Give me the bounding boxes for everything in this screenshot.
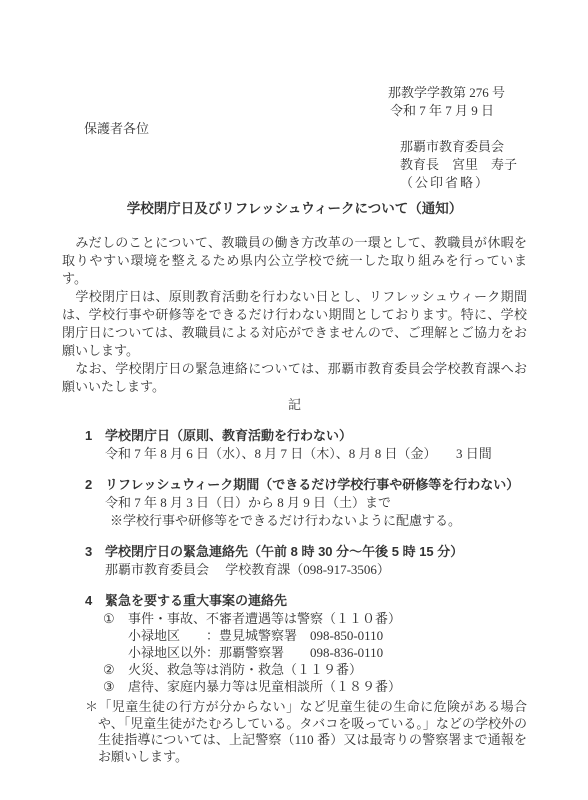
item-text: 火災、救急等は消防・救急（１１９番） xyxy=(128,662,362,677)
section-number: 2 xyxy=(85,476,105,494)
document-page: 那教学学教第 276 号 令和 7 年 7 月 9 日 保護者各位 那覇市教育委… xyxy=(0,0,588,800)
item-text: 事件・事故、不審者遭遇等は警察（１１０番） xyxy=(128,611,401,626)
contact-items: ①事件・事故、不審者遭遇等は警察（１１０番） 小禄地区 ：豊見城警察署 098-… xyxy=(103,610,527,695)
footnote-text: 「児童生徒の行方が分からない」など児童生徒の生命に危険がある場合や、「児童生徒が… xyxy=(98,699,527,764)
section-heading-text: 学校閉庁日（原則、教育活動を行わない） xyxy=(105,428,352,443)
item-marker: ③ xyxy=(103,678,128,695)
section-heading-text: 緊急を要する重大事案の連絡先 xyxy=(105,593,287,608)
contact-item-abuse: ③虐待、家庭内暴力等は児童相談所（１８９番） xyxy=(103,678,527,695)
section-line: 那覇市教育委員会 学校教育課（098-917-3506） xyxy=(105,561,527,579)
body-paragraph: 学校閉庁日は、原則教育活動を行わない日とし、リフレッシュウィーク期間は、学校行事… xyxy=(62,288,527,360)
section-heading: 2リフレッシュウィーク期間（できるだけ学校行事や研修等を行わない） xyxy=(85,476,527,494)
issuer-block: 那覇市教育委員会 教育長 宮里 寿子 （公印省略） xyxy=(400,138,527,192)
section-serious-incidents: 4緊急を要する重大事案の連絡先 ①事件・事故、不審者遭遇等は警察（１１０番） 小… xyxy=(62,592,527,695)
issuer-signer: 教育長 宮里 寿子 xyxy=(400,156,527,174)
section-heading-text: リフレッシュウィーク期間（できるだけ学校行事や研修等を行わない） xyxy=(105,477,519,492)
section-line: 令和 7 年 8 月 6 日（水）、8 月 7 日（木）、8 月 8 日（金） … xyxy=(105,445,527,463)
seal-omitted-note: （公印省略） xyxy=(400,174,527,192)
section-heading-text: 学校閉庁日の緊急連絡先（午前 8 時 30 分～午後 5 時 15 分） xyxy=(105,544,463,559)
section-number: 3 xyxy=(85,543,105,561)
contact-item-oroku-district: 小禄地区 ：豊見城警察署 098-850-0110 xyxy=(128,627,527,644)
document-title: 学校閉庁日及びリフレッシュウィークについて（通知） xyxy=(62,200,527,218)
record-marker: 記 xyxy=(62,396,527,414)
footnote-marker: ＊ xyxy=(85,699,98,714)
contact-item-fire: ②火災、救急等は消防・救急（１１９番） xyxy=(103,661,527,678)
section-heading: 3学校閉庁日の緊急連絡先（午前 8 時 30 分～午後 5 時 15 分） xyxy=(85,543,527,561)
body-paragraph: みだしのことについて、教職員の働き方改革の一環として、教職員が休暇を取りやすい環… xyxy=(62,234,527,288)
section-number: 4 xyxy=(85,592,105,610)
contact-item-police: ①事件・事故、不審者遭遇等は警察（１１０番） xyxy=(103,610,527,627)
section-school-closure-days: 1学校閉庁日（原則、教育活動を行わない） 令和 7 年 8 月 6 日（水）、8… xyxy=(62,427,527,463)
item-text: 虐待、家庭内暴力等は児童相談所（１８９番） xyxy=(128,679,401,694)
issuer-organization: 那覇市教育委員会 xyxy=(400,138,527,156)
section-note-line: ※学校行事や研修等をできるだけ行わないように配慮する。 xyxy=(110,512,527,530)
recipient: 保護者各位 xyxy=(84,120,527,138)
body-paragraph: なお、学校閉庁日の緊急連絡については、那覇市教育委員会学校教育課へお願いいたしま… xyxy=(62,360,527,396)
section-refresh-week: 2リフレッシュウィーク期間（できるだけ学校行事や研修等を行わない） 令和 7 年… xyxy=(62,476,527,530)
asterisk-footnote: ＊「児童生徒の行方が分からない」など児童生徒の生命に危険がある場合や、「児童生徒… xyxy=(85,699,527,765)
contact-item-other-district: 小禄地区以外：那覇警察署 098-836-0110 xyxy=(128,644,527,661)
document-date: 令和 7 年 7 月 9 日 xyxy=(390,102,527,120)
section-heading: 4緊急を要する重大事案の連絡先 xyxy=(85,592,527,610)
section-line: 令和 7 年 8 月 3 日（日）から 8 月 9 日（土）まで xyxy=(105,494,527,512)
section-number: 1 xyxy=(85,427,105,445)
document-number: 那教学学教第 276 号 xyxy=(388,84,527,102)
item-marker: ② xyxy=(103,661,128,678)
item-marker: ① xyxy=(103,610,128,627)
section-emergency-contact: 3学校閉庁日の緊急連絡先（午前 8 時 30 分～午後 5 時 15 分） 那覇… xyxy=(62,543,527,579)
section-heading: 1学校閉庁日（原則、教育活動を行わない） xyxy=(85,427,527,445)
